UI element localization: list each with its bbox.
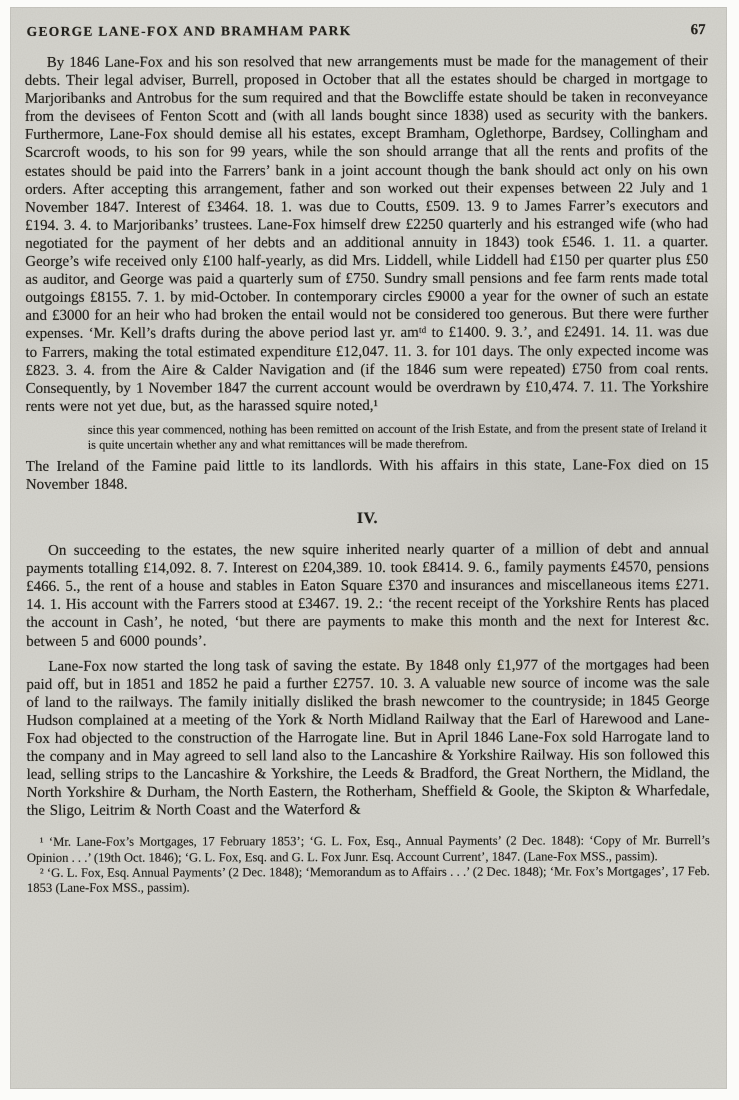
running-title: GEORGE LANE-FOX AND BRAMHAM PARK — [27, 23, 352, 40]
paragraph-succession: On succeeding to the estates, the new sq… — [26, 540, 709, 650]
section-heading-iv: IV. — [26, 509, 709, 529]
scanned-book-page: GEORGE LANE-FOX AND BRAMHAM PARK 67 By 1… — [10, 7, 727, 1089]
page-content: GEORGE LANE-FOX AND BRAMHAM PARK 67 By 1… — [9, 6, 729, 1090]
block-quote-irish-estate: since this year commenced, nothing has b… — [88, 421, 707, 453]
footnote-2: ² ‘G. L. Fox, Esq. Annual Payments’ (2 D… — [27, 864, 710, 896]
footnote-1: ¹ ‘Mr. Lane-Fox’s Mortgages, 17 February… — [27, 834, 710, 866]
page-number: 67 — [691, 22, 706, 39]
page-header: GEORGE LANE-FOX AND BRAMHAM PARK 67 — [27, 22, 706, 41]
paragraph-famine-death: The Ireland of the Famine paid little to… — [26, 456, 709, 494]
paragraph-railways: Lane-Fox now started the long task of sa… — [26, 656, 709, 821]
footnotes: ¹ ‘Mr. Lane-Fox’s Mortgages, 17 February… — [27, 834, 710, 897]
paragraph-finances-1846: By 1846 Lane-Fox and his son resolved th… — [25, 52, 709, 416]
body-text: By 1846 Lane-Fox and his son resolved th… — [25, 52, 710, 820]
